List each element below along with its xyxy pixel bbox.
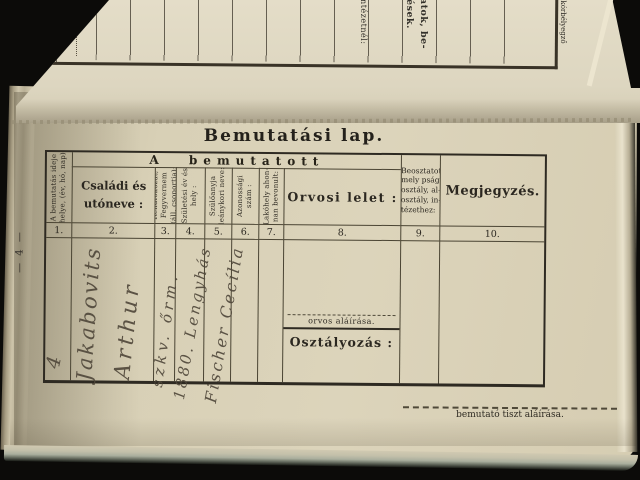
col-4-header: Születési év és hely :: [175, 167, 204, 223]
data-cell-10: [438, 240, 544, 384]
col-9-header-text: Beosztatott mely pság., osztály, al- osz…: [401, 166, 440, 215]
col-6-header: Azonossági szám :: [231, 168, 258, 224]
col-9-header: Beosztatott mely pság., osztály, al- osz…: [400, 155, 440, 225]
doctor-signature-line: [288, 240, 397, 316]
col-1-header-text: A bemutatás ideje helye, (év, hó, nap): [49, 152, 68, 222]
data-cell-7: [257, 239, 283, 382]
col-number-8: 8.: [283, 224, 400, 240]
upper-page-fragment-intezetnel: intézetnél:: [359, 0, 368, 44]
col-1-header: A bemutatás ideje helye, (év, hó, nap): [46, 152, 72, 222]
col-6-header-text: Azonossági szám :: [236, 175, 255, 217]
upper-page-fragment-bold: gálatok, be- gyzések.: [402, 0, 430, 49]
doctor-signature-caption: orvos aláírása.: [283, 315, 399, 328]
col-8-header: Orvosi lelet :: [283, 168, 400, 225]
col-number-7: 7.: [258, 224, 283, 239]
col-number-10: 10.: [439, 225, 544, 241]
col-5-header: Szülőanyja leánykori neve:: [204, 167, 231, 223]
col-3-header-text: Rendfokozat, Fegyvernem (áll. csoportja)…: [154, 167, 175, 223]
col-number-5: 5.: [204, 223, 231, 238]
page-title: Bemutatási lap.: [45, 126, 543, 146]
col-7-header: Lakóhely ahon- nan bevonult:: [258, 168, 283, 224]
upper-page-dotted-line: [76, 8, 77, 56]
col-7-header-text: Lakóhely ahon- nan bevonult:: [262, 168, 281, 224]
page-number-side: — 4 —: [15, 226, 26, 278]
upper-page-fragment-dotted: ás.: [56, 4, 64, 14]
col-10-header: Megjegyzés.: [439, 155, 545, 226]
col-5-header-text: Szülőanyja leánykori neve:: [209, 167, 228, 223]
col-4-header-text: Születési év és hely :: [181, 168, 200, 223]
upper-page: ás. intézetnél: gálatok, be- gyzések. lá…: [16, 0, 640, 123]
upper-page-fragment-korbelyegzo: lás, kórbélyegző: [559, 0, 567, 44]
col-number-4: 4.: [175, 223, 204, 238]
col-number-2: 2.: [71, 222, 154, 238]
col-2-header: Családi és utóneve :: [71, 166, 154, 223]
upper-page-column-lines: [96, 0, 519, 64]
col-number-3: 3.: [154, 223, 175, 238]
col-number-1: 1.: [46, 222, 71, 237]
col-3-header: Rendfokozat, Fegyvernem (áll. csoportja)…: [154, 167, 175, 223]
photo-backdrop: — 4 — Bemutatási lap. A bemutatás ideje …: [0, 0, 640, 480]
officer-signature-caption: bemutató tiszt aláírása.: [403, 410, 617, 420]
col-number-6: 6.: [231, 224, 258, 239]
col-number-9: 9.: [400, 225, 439, 240]
upper-page-column-line: [56, 0, 57, 62]
classification-heading: Osztályozás :: [283, 327, 399, 350]
col-2-header-text: Családi és utóneve :: [81, 177, 146, 213]
data-cell-8-medical: orvos aláírása. Osztályozás :: [282, 239, 400, 383]
data-cell-9: [399, 240, 439, 383]
